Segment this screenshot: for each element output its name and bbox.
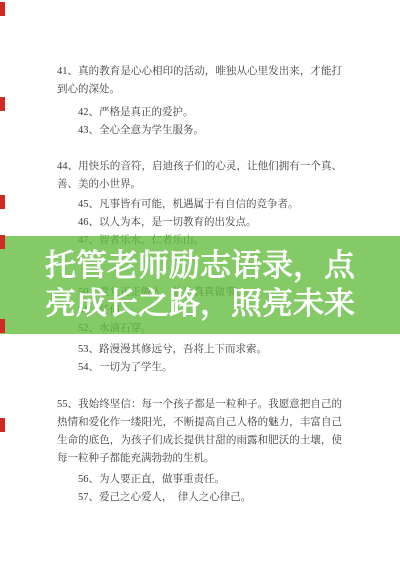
quote-item-46: 46、以人为本，是一切教育的出发点。 — [57, 214, 342, 232]
left-edge-red-mark-2 — [0, 97, 5, 111]
quote-item-42: 42、严格是真正的爱护。 — [57, 104, 342, 122]
quote-item-54: 54、一切为了学生。 — [57, 359, 342, 377]
quote-item-53: 53、路漫漫其修远兮，吾将上下而求索。 — [57, 341, 342, 359]
quote-item-56: 56、为人要正直，做事重责任。 — [57, 471, 342, 489]
quote-item-44: 44、用快乐的音符，启迪孩子们的心灵，让他们拥有一个真、善、美的小世界。 — [57, 158, 342, 194]
left-edge-red-mark-6 — [0, 418, 5, 432]
left-edge-red-mark-5 — [0, 319, 5, 333]
overlay-title-line-2: 亮成长之路，照亮未来 — [45, 285, 355, 323]
quote-item-45: 45、凡事皆有可能，机遇属于有自信的竞争者。 — [57, 196, 342, 214]
overlay-title: 托管老师励志语录，点 亮成长之路，照亮未来 — [0, 236, 400, 334]
quote-item-41: 41、真的教育是心心相印的活动，唯独从心里发出来，才能打到心的深处。 — [57, 63, 342, 99]
left-edge-red-mark-3 — [0, 195, 5, 209]
quote-item-43: 43、全心全意为学生服务。 — [57, 122, 342, 140]
quote-item-55: 55、我始终坚信：每一个孩子都是一粒种子。我愿意把自己的热情和爱化作一缕阳光，不… — [57, 396, 342, 468]
left-edge-red-mark-4 — [0, 235, 5, 249]
quote-item-57: 57、爱己之心爱人， 律人之心律己。 — [57, 489, 342, 507]
left-edge-red-mark-1 — [0, 2, 5, 16]
overlay-title-line-1: 托管老师励志语录，点 — [45, 247, 355, 285]
document-page: 41、真的教育是心心相印的活动，唯独从心里发出来，才能打到心的深处。42、严格是… — [0, 0, 400, 566]
